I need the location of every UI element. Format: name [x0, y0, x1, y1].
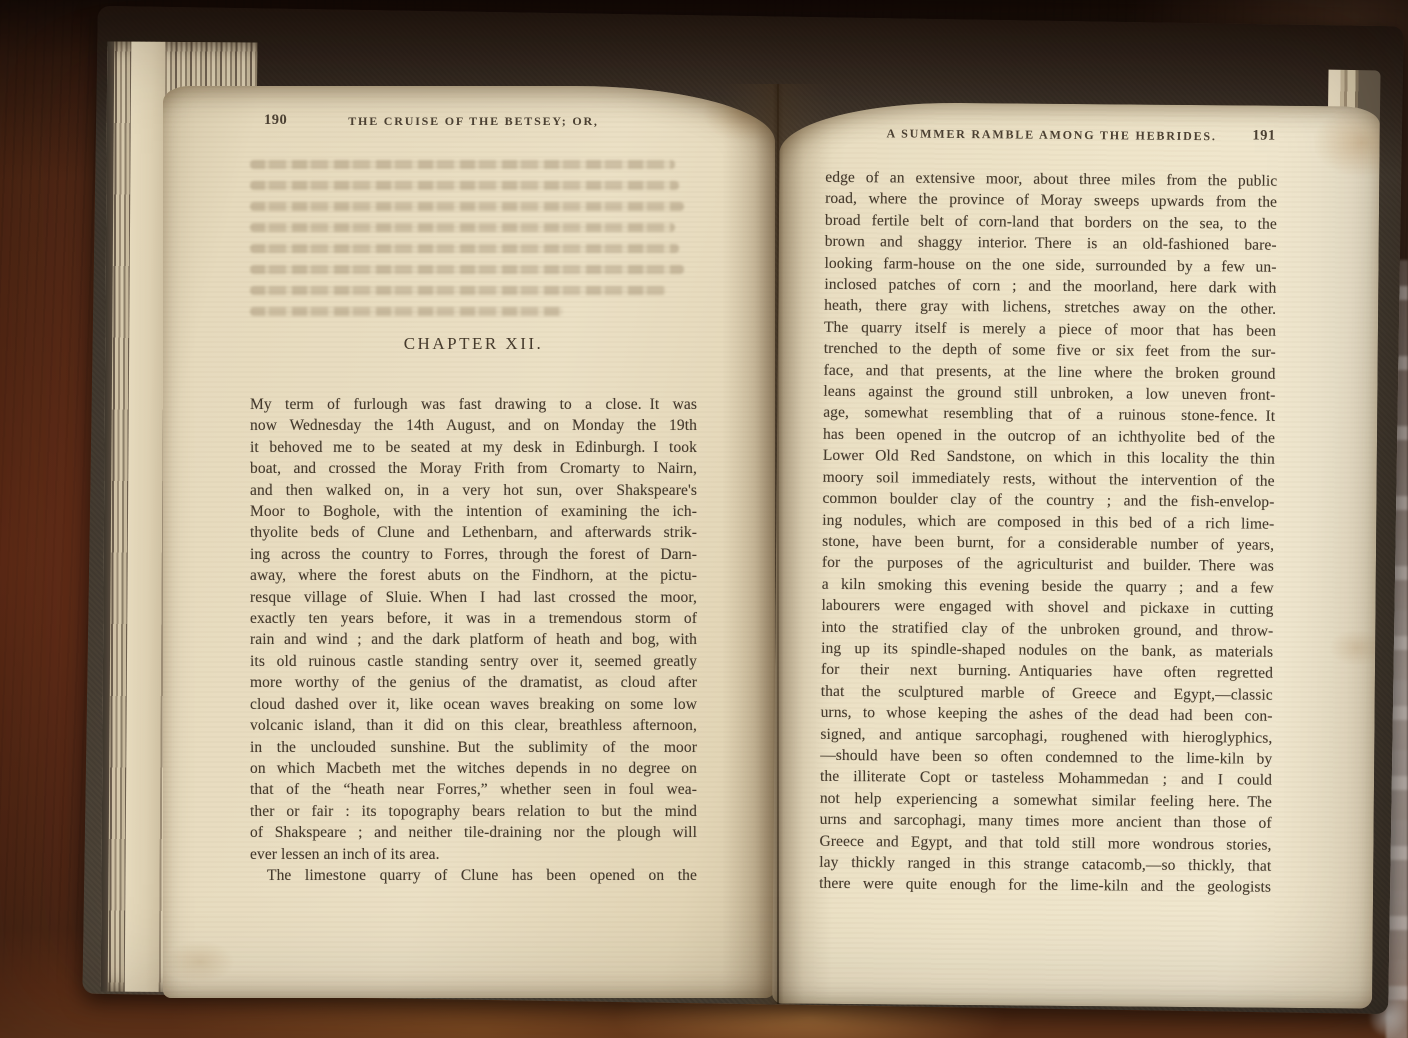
- show-through-line: [250, 181, 679, 190]
- right-running-head-row: A SUMMER RAMBLE AMONG THE HEBRIDES. 191: [826, 126, 1278, 148]
- text-line: its old ruinous castle standing sentry o…: [250, 651, 697, 672]
- text-line: Moor to Boghole, with the intention of e…: [250, 501, 697, 522]
- running-header-left: THE CRUISE OF THE BETSEY; OR,: [348, 114, 598, 128]
- show-through-line: [250, 223, 675, 232]
- text-line: The limestone quarry of Clune has been o…: [250, 865, 697, 886]
- text-line: resque village of Sluie. When I had last…: [250, 587, 697, 608]
- text-line: that of the “heath near Forres,” whether…: [250, 779, 697, 800]
- show-through-line: [250, 244, 679, 253]
- right-page: A SUMMER RAMBLE AMONG THE HEBRIDES. 191 …: [772, 101, 1380, 1008]
- page-number-right: 191: [1252, 128, 1275, 145]
- text-line: ever lessen an inch of its area.: [250, 844, 697, 865]
- text-line: ther or fair : its topography bears rela…: [250, 801, 697, 822]
- text-line: and then walked on, in a very hot sun, o…: [250, 480, 697, 501]
- page-number-left: 190: [264, 112, 287, 129]
- running-header-right: A SUMMER RAMBLE AMONG THE HEBRIDES.: [887, 126, 1217, 143]
- text-line: exactly ten years before, it was in a tr…: [250, 608, 697, 629]
- text-line: more worthy of the genius of the dramati…: [250, 672, 697, 693]
- chapter-heading: CHAPTER XII.: [250, 334, 697, 354]
- show-through-line: [250, 202, 684, 211]
- text-line: on which Macbeth met the witches depends…: [250, 758, 697, 779]
- show-through-line: [250, 286, 666, 295]
- text-line: My term of furlough was fast drawing to …: [250, 394, 697, 415]
- text-line: cloud dashed over it, like ocean waves b…: [250, 694, 697, 715]
- right-page-text-block: edge of an extensive moor, about three m…: [819, 167, 1277, 899]
- text-line: it behoved me to be seated at my desk in…: [250, 437, 697, 458]
- text-line: of Shakspeare ; and neither tile-drainin…: [250, 822, 697, 843]
- text-line: now Wednesday the 14th August, and on Mo…: [250, 415, 697, 436]
- text-line: in the unclouded sunshine. But the subli…: [250, 737, 697, 758]
- text-line: volcanic island, than it did on this cle…: [250, 715, 697, 736]
- left-running-head-row: 190 THE CRUISE OF THE BETSEY; OR,: [250, 114, 697, 132]
- show-through-text-block: [250, 160, 697, 328]
- book-photo-scene: 190 THE CRUISE OF THE BETSEY; OR, CHAPTE…: [0, 0, 1408, 1038]
- show-through-line: [250, 265, 684, 274]
- left-page-text-block: My term of furlough was fast drawing to …: [250, 394, 697, 886]
- text-line: away, where the forest abuts on the Find…: [250, 565, 697, 586]
- text-line: rain and wind ; and the dark platform of…: [250, 629, 697, 650]
- text-line: boat, and crossed the Moray Frith from C…: [250, 458, 697, 479]
- show-through-line: [250, 160, 675, 169]
- text-line: ing across the country to Forres, throug…: [250, 544, 697, 565]
- text-line: there were quite enough for the lime-kil…: [819, 873, 1271, 898]
- left-page: 190 THE CRUISE OF THE BETSEY; OR, CHAPTE…: [163, 86, 775, 998]
- text-line: thyolite beds of Clune and Lethenbarn, a…: [250, 522, 697, 543]
- show-through-line: [250, 307, 563, 316]
